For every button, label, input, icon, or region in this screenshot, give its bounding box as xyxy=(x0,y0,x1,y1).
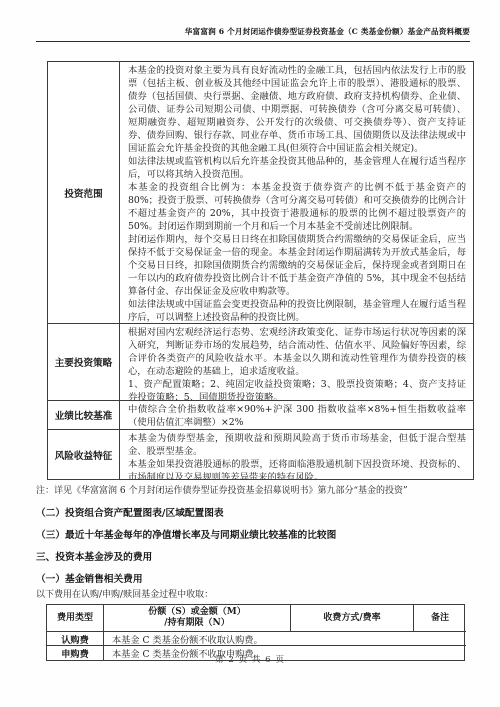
fee-col-header-remark: 备注 xyxy=(414,605,466,632)
row-label-benchmark: 业绩比较基准 xyxy=(48,401,120,430)
document-header-title: 华富富润 6 个月封闭运作债券型证券投资基金（C 类基金份额）基金产品资料概要 xyxy=(36,26,470,42)
row-label-investment-scope: 投资范围 xyxy=(48,62,120,324)
paragraph: 根据对国内宏观经济运行态势、宏观经济政策变化、证券市场运行状况等因素的深入研究，… xyxy=(128,326,466,378)
fee-row-subscription-type: 认购费 xyxy=(47,632,104,646)
paragraph: 如法律法规或中国证监会变更投资品种的投资比例限制，基金管理人在履行适当程序后，可… xyxy=(128,298,466,324)
paragraph: 本基金的投资组合比例为：本基金投资于债券资产的比例不低于基金资产的 80%；投资… xyxy=(128,181,466,233)
section-heading-nav-growth-chart: （三）最近十年基金每年的净值增长率及与同期业绩比较基准的比较图 xyxy=(36,529,474,542)
fee-row-subscription-desc: 本基金 C 类基金份额不收取认购费。 xyxy=(104,632,466,646)
row-label-risk-return: 风险收益特征 xyxy=(48,430,120,479)
main-strategy-content: 根据对国内宏观经济运行态势、宏观经济政策变化、证券市场运行状况等因素的深入研究，… xyxy=(120,324,473,401)
paragraph: 本基金为债券型基金，预期收益和预期风险高于货币市场基金，但低于混合型基金、股票型… xyxy=(128,432,466,458)
paragraph: 封闭运作期内，每个交易日日终在扣除国债期货合约需缴纳的交易保证金后，应当保持不低… xyxy=(128,233,466,298)
paragraph: 如法律法规或监管机构以后允许基金投资其他品种的，基金管理人在履行适当程序后，可以… xyxy=(128,155,466,181)
fee-col-header-type: 费用类型 xyxy=(47,605,104,632)
fee-intro-text: 以下费用在认购/申购/赎回基金过程中收取： xyxy=(36,589,474,601)
section-heading-portfolio-chart: （二）投资组合资产配置图表/区域配置图表 xyxy=(36,507,474,520)
risk-return-content: 本基金为债券型基金，预期收益和预期风险高于货币市场基金，但低于混合型基金、股票型… xyxy=(120,430,473,479)
prospectus-note: 注：详见《华富富润 6 个月封闭运作债券型证券投资基金招募说明书》第九部分“基金… xyxy=(36,485,474,498)
section-heading-sales-fees: （一）基金销售相关费用 xyxy=(36,573,474,586)
section-heading-fees: 三、投资本基金涉及的费用 xyxy=(36,551,474,564)
investment-scope-content: 本基金的投资对象主要为具有良好流动性的金融工具，包括国内依法发行上市的股票（包括… xyxy=(120,62,473,324)
document-page: 华富富润 6 个月封闭运作债券型证券投资基金（C 类基金份额）基金产品资料概要 … xyxy=(0,0,500,707)
page-number-indicator: 第 2 页 共 6 页 xyxy=(0,653,500,665)
fee-col-header-share-line1: 份额（S）或金额（M） xyxy=(148,607,245,618)
paragraph: 本基金的投资对象主要为具有良好流动性的金融工具，包括国内依法发行上市的股票（包括… xyxy=(128,64,466,155)
paragraph: 1、资产配置策略；2、纯固定收益投资策略；3、股票投资策略；4、资产支持证券投资… xyxy=(128,378,466,401)
fund-info-table: 投资范围 本基金的投资对象主要为具有良好流动性的金融工具，包括国内依法发行上市的… xyxy=(47,61,474,480)
document-body: 投资范围 本基金的投资对象主要为具有良好流动性的金融工具，包括国内依法发行上市的… xyxy=(36,61,474,661)
paragraph: 本基金如果投资港股通标的股票，还将面临港股通机制下因投资环境、投资标的、市场制度… xyxy=(128,458,466,479)
paragraph: 中债综合全价指数收益率×90%+沪深 300 指数收益率×8%+恒生指数收益率（… xyxy=(128,403,466,429)
row-label-main-strategy: 主要投资策略 xyxy=(48,324,120,401)
fee-col-header-share-amount: 份额（S）或金额（M） /持有期限（N） xyxy=(104,605,291,632)
fee-col-header-share-line2: /持有期限（N） xyxy=(164,618,230,629)
benchmark-content: 中债综合全价指数收益率×90%+沪深 300 指数收益率×8%+恒生指数收益率（… xyxy=(120,401,473,430)
fee-col-header-rate: 收费方式/费率 xyxy=(291,605,414,632)
